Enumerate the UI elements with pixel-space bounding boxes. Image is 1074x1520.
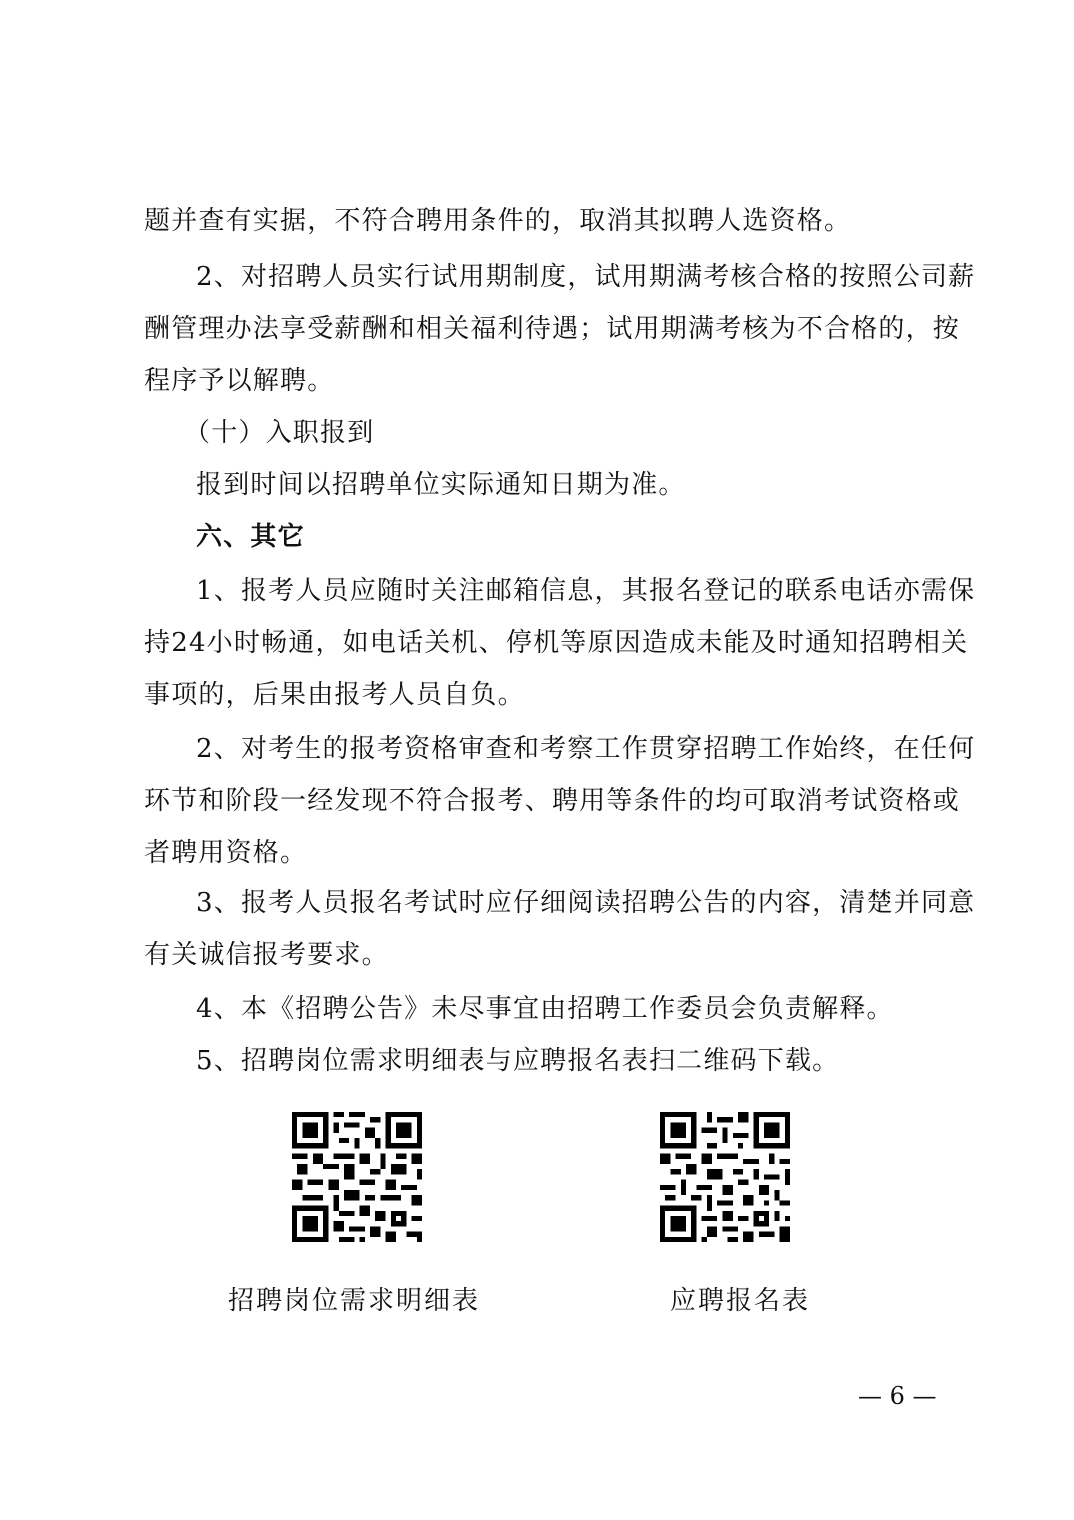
paragraph-line: 酬管理办法享受薪酬和相关福利待遇；试用期满考核为不合格的，按 (144, 314, 944, 344)
paragraph-line: 4、本《招聘公告》未尽事宜由招聘工作委员会负责解释。 (196, 994, 996, 1024)
paragraph-line: 持24小时畅通，如电话关机、停机等原因造成未能及时通知招聘相关 (144, 628, 944, 658)
paragraph-line: 1、报考人员应随时关注邮箱信息，其报名登记的联系电话亦需保 (196, 576, 996, 606)
paragraph-line: 报到时间以招聘单位实际通知日期为准。 (196, 470, 996, 500)
paragraph-line: 2、对考生的报考资格审查和考察工作贯穿招聘工作始终，在任何 (196, 734, 996, 764)
paragraph-line: 事项的，后果由报考人员自负。 (144, 680, 944, 710)
qr-caption: 招聘岗位需求明细表 (228, 1286, 480, 1316)
subsection-heading: （十）入职报到 (184, 418, 984, 448)
paragraph-line: 者聘用资格。 (144, 838, 944, 868)
qr-caption: 应聘报名表 (670, 1286, 810, 1316)
paragraph-line: 程序予以解聘。 (144, 366, 944, 396)
document-page: 题并查有实据，不符合聘用条件的，取消其拟聘人选资格。 2、对招聘人员实行试用期制… (0, 0, 1074, 1520)
page-number: — 6 — (858, 1382, 937, 1410)
paragraph-line: 题并查有实据，不符合聘用条件的，取消其拟聘人选资格。 (144, 206, 944, 236)
paragraph-line: 3、报考人员报名考试时应仔细阅读招聘公告的内容，清楚并同意 (196, 888, 996, 918)
paragraph-line: 5、招聘岗位需求明细表与应聘报名表扫二维码下载。 (196, 1046, 996, 1076)
paragraph-line: 2、对招聘人员实行试用期制度，试用期满考核合格的按照公司薪 (196, 262, 996, 292)
paragraph-line: 环节和阶段一经发现不符合报考、聘用等条件的均可取消考试资格或 (144, 786, 944, 816)
qr-code-icon (292, 1112, 422, 1242)
qr-code-icon (660, 1112, 790, 1242)
section-heading: 六、其它 (196, 522, 996, 552)
paragraph-line: 有关诚信报考要求。 (144, 940, 944, 970)
